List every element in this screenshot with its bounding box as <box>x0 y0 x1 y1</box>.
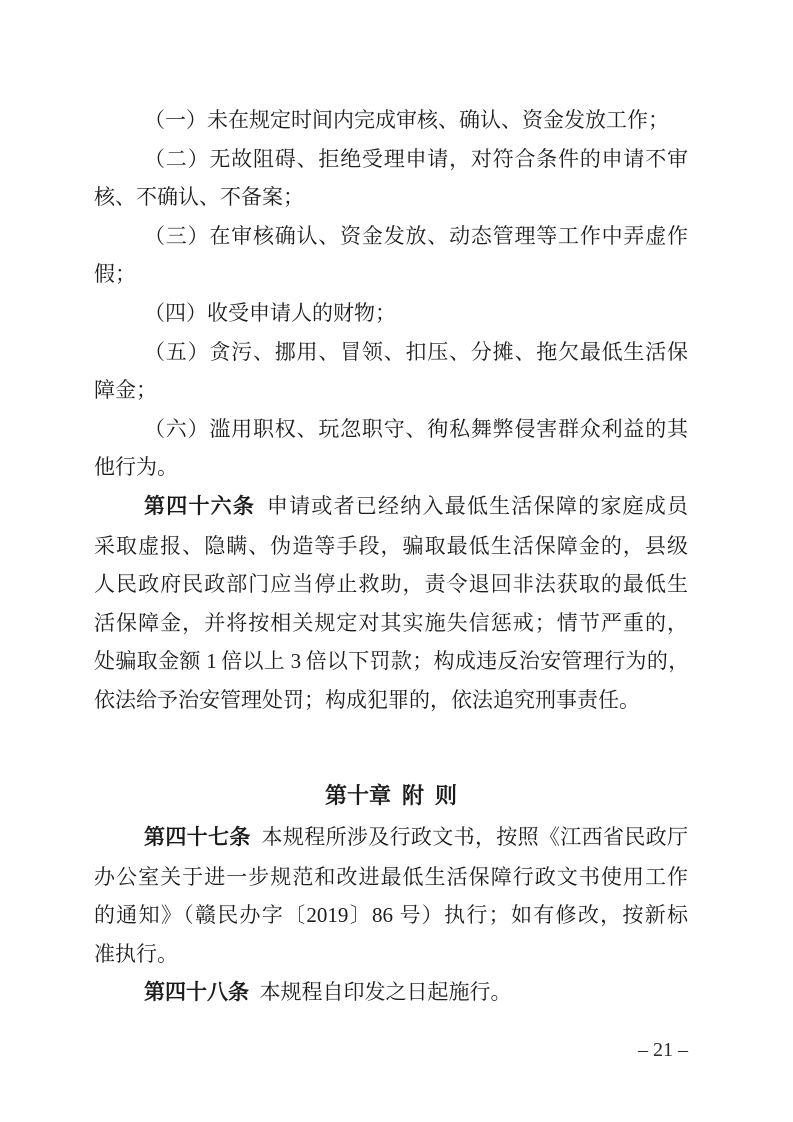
text-line: 第四十六条 申请或者已经纳入最低生活保障的家庭成员 <box>94 487 688 527</box>
text-segment: （一）未在规定时间内完成审核、确认、资金发放工作； <box>144 108 669 132</box>
text-segment: 准执行。 <box>94 942 178 966</box>
text-segment: 申请或者已经纳入最低生活保障的家庭成员 <box>255 494 688 518</box>
text-line: 障金； <box>94 371 688 410</box>
text-segment: 人民政府民政部门应当停止救助，责令退回非法获取的最低生 <box>94 572 688 596</box>
text-segment: 本规程自印发之日起施行。 <box>249 980 512 1004</box>
text-line: （一）未在规定时间内完成审核、确认、资金发放工作； <box>94 101 688 140</box>
document-page: （一）未在规定时间内完成审核、确认、资金发放工作；（二）无故阻碍、拒绝受理申请，… <box>0 0 793 1122</box>
document-body: （一）未在规定时间内完成审核、确认、资金发放工作；（二）无故阻碍、拒绝受理申请，… <box>94 101 688 1013</box>
text-segment: 处骗取金额 1 倍以上 3 倍以下罚款；构成违反治安管理行为的， <box>94 649 688 673</box>
text-line: （二）无故阻碍、拒绝受理申请，对符合条件的申请不审 <box>94 140 688 179</box>
text-segment: （四）收受申请人的财物； <box>144 301 396 325</box>
text-segment: 本规程所涉及行政文书，按照《江西省民政厅 <box>251 825 688 849</box>
text-line: 依法给予治安管理处罚；构成犯罪的，依法追究刑事责任。 <box>94 681 688 720</box>
text-line: （三）在审核确认、资金发放、动态管理等工作中弄虚作 <box>94 217 688 256</box>
text-segment: （二）无故阻碍、拒绝受理申请，对符合条件的申请不审 <box>144 147 688 171</box>
text-line: 假； <box>94 255 688 294</box>
text-segment: 障金； <box>94 378 157 402</box>
article-label: 第四十八条 <box>144 981 249 1004</box>
text-segment: （三）在审核确认、资金发放、动态管理等工作中弄虚作 <box>144 224 688 248</box>
text-line: 他行为。 <box>94 448 688 487</box>
text-line: 准执行。 <box>94 935 688 974</box>
text-segment: 采取虚报、隐瞒、伪造等手段，骗取最低生活保障金的，县级 <box>94 534 688 558</box>
text-line: 采取虚报、隐瞒、伪造等手段，骗取最低生活保障金的，县级 <box>94 527 688 566</box>
article-label: 第十章 附 则 <box>325 783 457 808</box>
text-segment: （六）滥用职权、玩忽职守、徇私舞弊侵害群众利益的其 <box>144 417 688 441</box>
text-segment: 活保障金，并将按相关规定对其实施失信惩戒；情节严重的， <box>94 611 688 635</box>
text-line: 第四十八条 本规程自印发之日起施行。 <box>94 973 688 1013</box>
text-line: 的通知》（赣民办字〔2019〕86 号）执行；如有修改，按新标 <box>94 896 688 935</box>
text-segment: 办公室关于进一步规范和改进最低生活保障行政文书使用工作 <box>94 865 688 889</box>
text-line: （四）收受申请人的财物； <box>94 294 688 333</box>
page-number: – 21 – <box>638 1038 688 1062</box>
text-line: 处骗取金额 1 倍以上 3 倍以下罚款；构成违反治安管理行为的， <box>94 642 688 681</box>
text-line: 第四十七条 本规程所涉及行政文书，按照《江西省民政厅 <box>94 818 688 858</box>
text-segment: 的通知》（赣民办字〔2019〕86 号）执行；如有修改，按新标 <box>94 903 688 927</box>
chapter-heading: 第十章 附 则 <box>94 777 688 816</box>
text-line: 活保障金，并将按相关规定对其实施失信惩戒；情节严重的， <box>94 604 688 643</box>
article-label: 第四十七条 <box>144 826 251 849</box>
text-segment: 假； <box>94 262 136 286</box>
text-segment: 依法给予治安管理处罚；构成犯罪的，依法追究刑事责任。 <box>94 688 640 712</box>
text-segment: 他行为。 <box>94 455 178 479</box>
text-line: （六）滥用职权、玩忽职守、徇私舞弊侵害群众利益的其 <box>94 410 688 449</box>
text-line: 人民政府民政部门应当停止救助，责令退回非法获取的最低生 <box>94 565 688 604</box>
text-segment: 核、不确认、不备案； <box>94 185 304 209</box>
article-label: 第四十六条 <box>144 495 255 518</box>
text-line: （五）贪污、挪用、冒领、扣压、分摊、拖欠最低生活保 <box>94 333 688 372</box>
text-line: 办公室关于进一步规范和改进最低生活保障行政文书使用工作 <box>94 858 688 897</box>
text-segment: （五）贪污、挪用、冒领、扣压、分摊、拖欠最低生活保 <box>144 340 688 364</box>
text-line: 核、不确认、不备案； <box>94 178 688 217</box>
